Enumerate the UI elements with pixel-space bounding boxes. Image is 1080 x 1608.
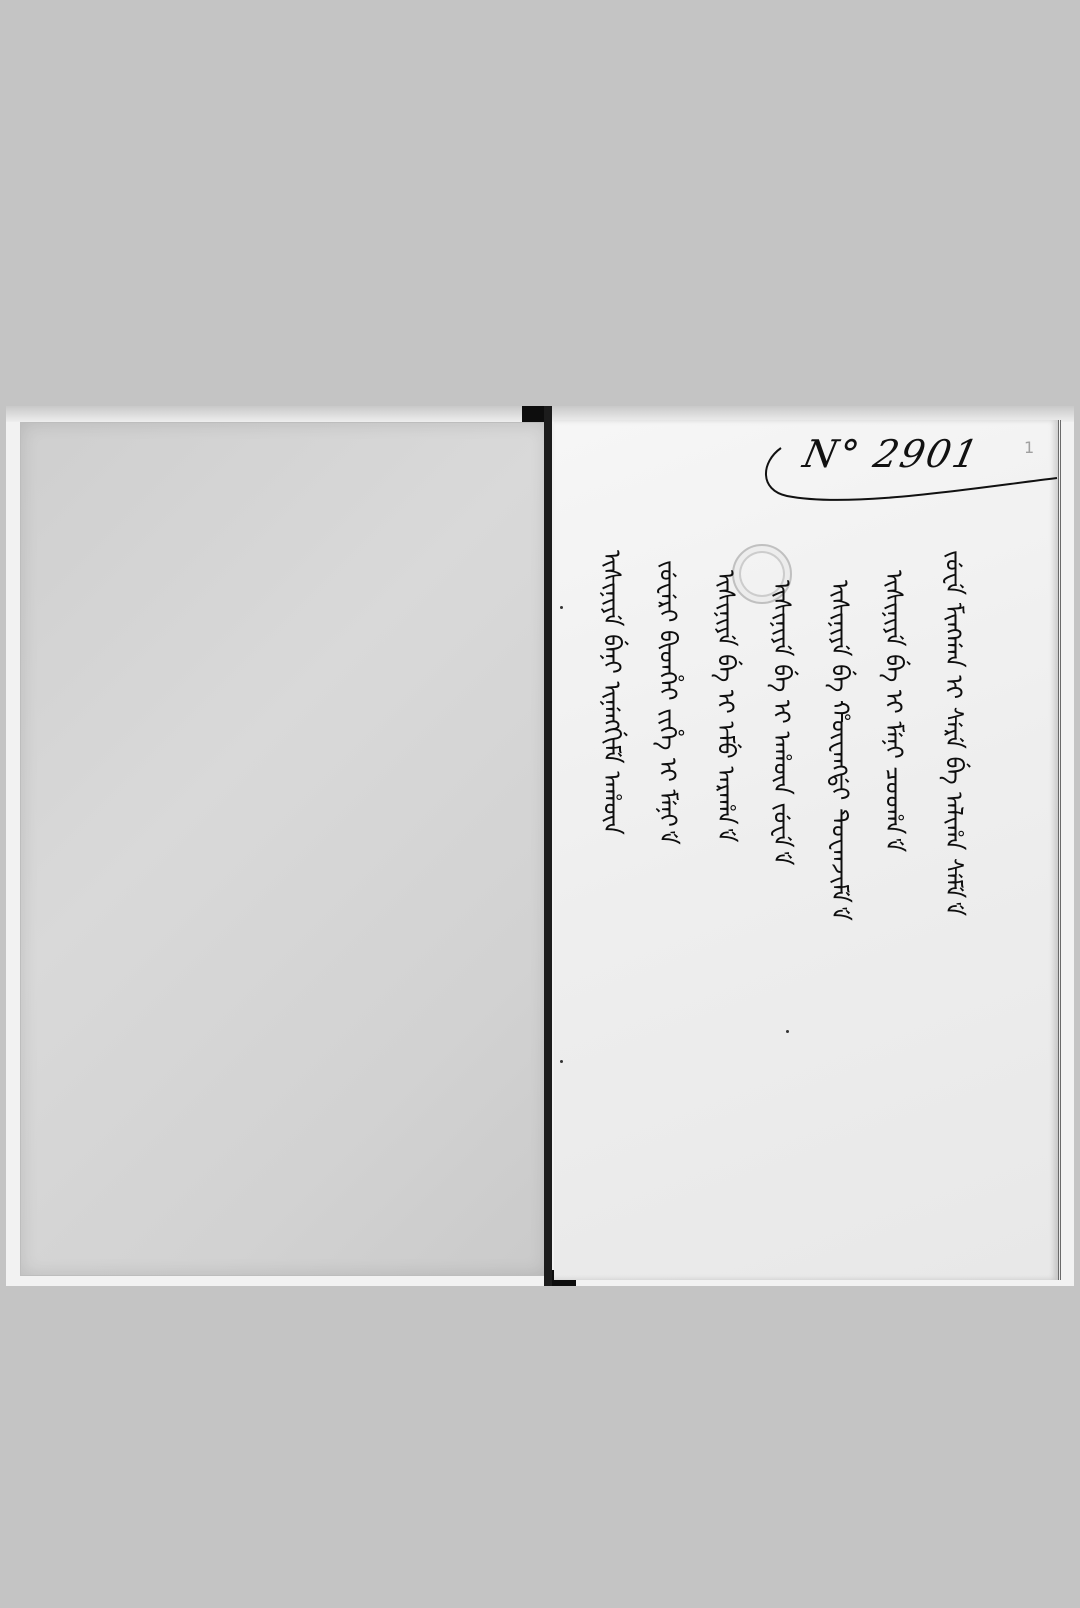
ink-speck (560, 1060, 563, 1063)
ink-speck (786, 1030, 789, 1033)
script-column-1: ᠵᡠᠸᡝ ᠮᡳᠩᡤᠠᠨ ᡳ ᠰᡝᡵᡝ ᠪᡝ ᠠᠯᡳᡥᠠ ᠰᡝᠮᡝ ᡃᡝ (934, 550, 974, 916)
script-column-6: ᠵᡠᠸᡝᡵᡳ ᠪᡳᡨᡥᡝᡳ ᠵᡳᡥᡝ ᡳ ᠮᡝᠨᡳ ᡃᡝ (648, 560, 688, 845)
spine-tab-top (522, 406, 546, 422)
image-viewer: N° 2901 1 ᠵᡠᠸᡝ ᠮᡳᠩᡤᠠᠨ ᡳ ᠰᡝᡵᡝ ᠪᡝ ᠠᠯᡳᡥᠠ ᠰᡝ… (0, 0, 1080, 1608)
folio-number: 1 (1024, 438, 1034, 457)
script-column-3: ᡳᠰᡳᠨᡳᠶᡝ ᠪᡝ ᡥᡡᠸᠠᠩᡩᡳ ᡨᡠᠸᠠᠨᠵᡳᠮᡝ ᡃᡝ (820, 580, 860, 921)
script-column-5: ᡳᠰᡳᠨᡳᠶᡝ ᠪᡝ ᡳ ᡝᠮᡠ ᠠᡵᠠᡥᠠ ᡃᡝ (706, 570, 746, 843)
left-page-blank (20, 422, 548, 1276)
script-column-2: ᡳᠰᡳᠨᡳᠶᡝ ᠪᡝ ᡳ ᠮᡝᠨᡳ ᠴᠣᠣᡥᠠ ᡃᡝ (874, 570, 914, 852)
script-column-4: ᡳᠰᡳᠨᡳᠶᡝ ᠪᡝ ᡳ ᠠᡥᡡᠨ ᠵᡠᠸᡝ ᡃᡝ (762, 580, 802, 866)
manuscript-scan: N° 2901 1 ᠵᡠᠸᡝ ᠮᡳᠩᡤᠠᠨ ᡳ ᠰᡝᡵᡝ ᠪᡝ ᠠᠯᡳᡥᠠ ᠰᡝ… (6, 406, 1074, 1286)
right-page: N° 2901 1 ᠵᡠᠸᡝ ᠮᡳᠩᡤᠠᠨ ᡳ ᠰᡝᡵᡝ ᠪᡝ ᠠᠯᡳᡥᠠ ᠰᡝ… (554, 420, 1061, 1280)
catalog-number: N° 2901 (799, 432, 983, 476)
book-spine (544, 406, 552, 1286)
ink-speck (560, 606, 563, 609)
script-column-7: ᡳᠰᡳᠨᡳᠶᡝ ᠪᡝᠨᡳ ᡳᠨᡝᠩᡤᡳᠮᡝ ᠠᡥᡡᠨ (592, 550, 632, 835)
